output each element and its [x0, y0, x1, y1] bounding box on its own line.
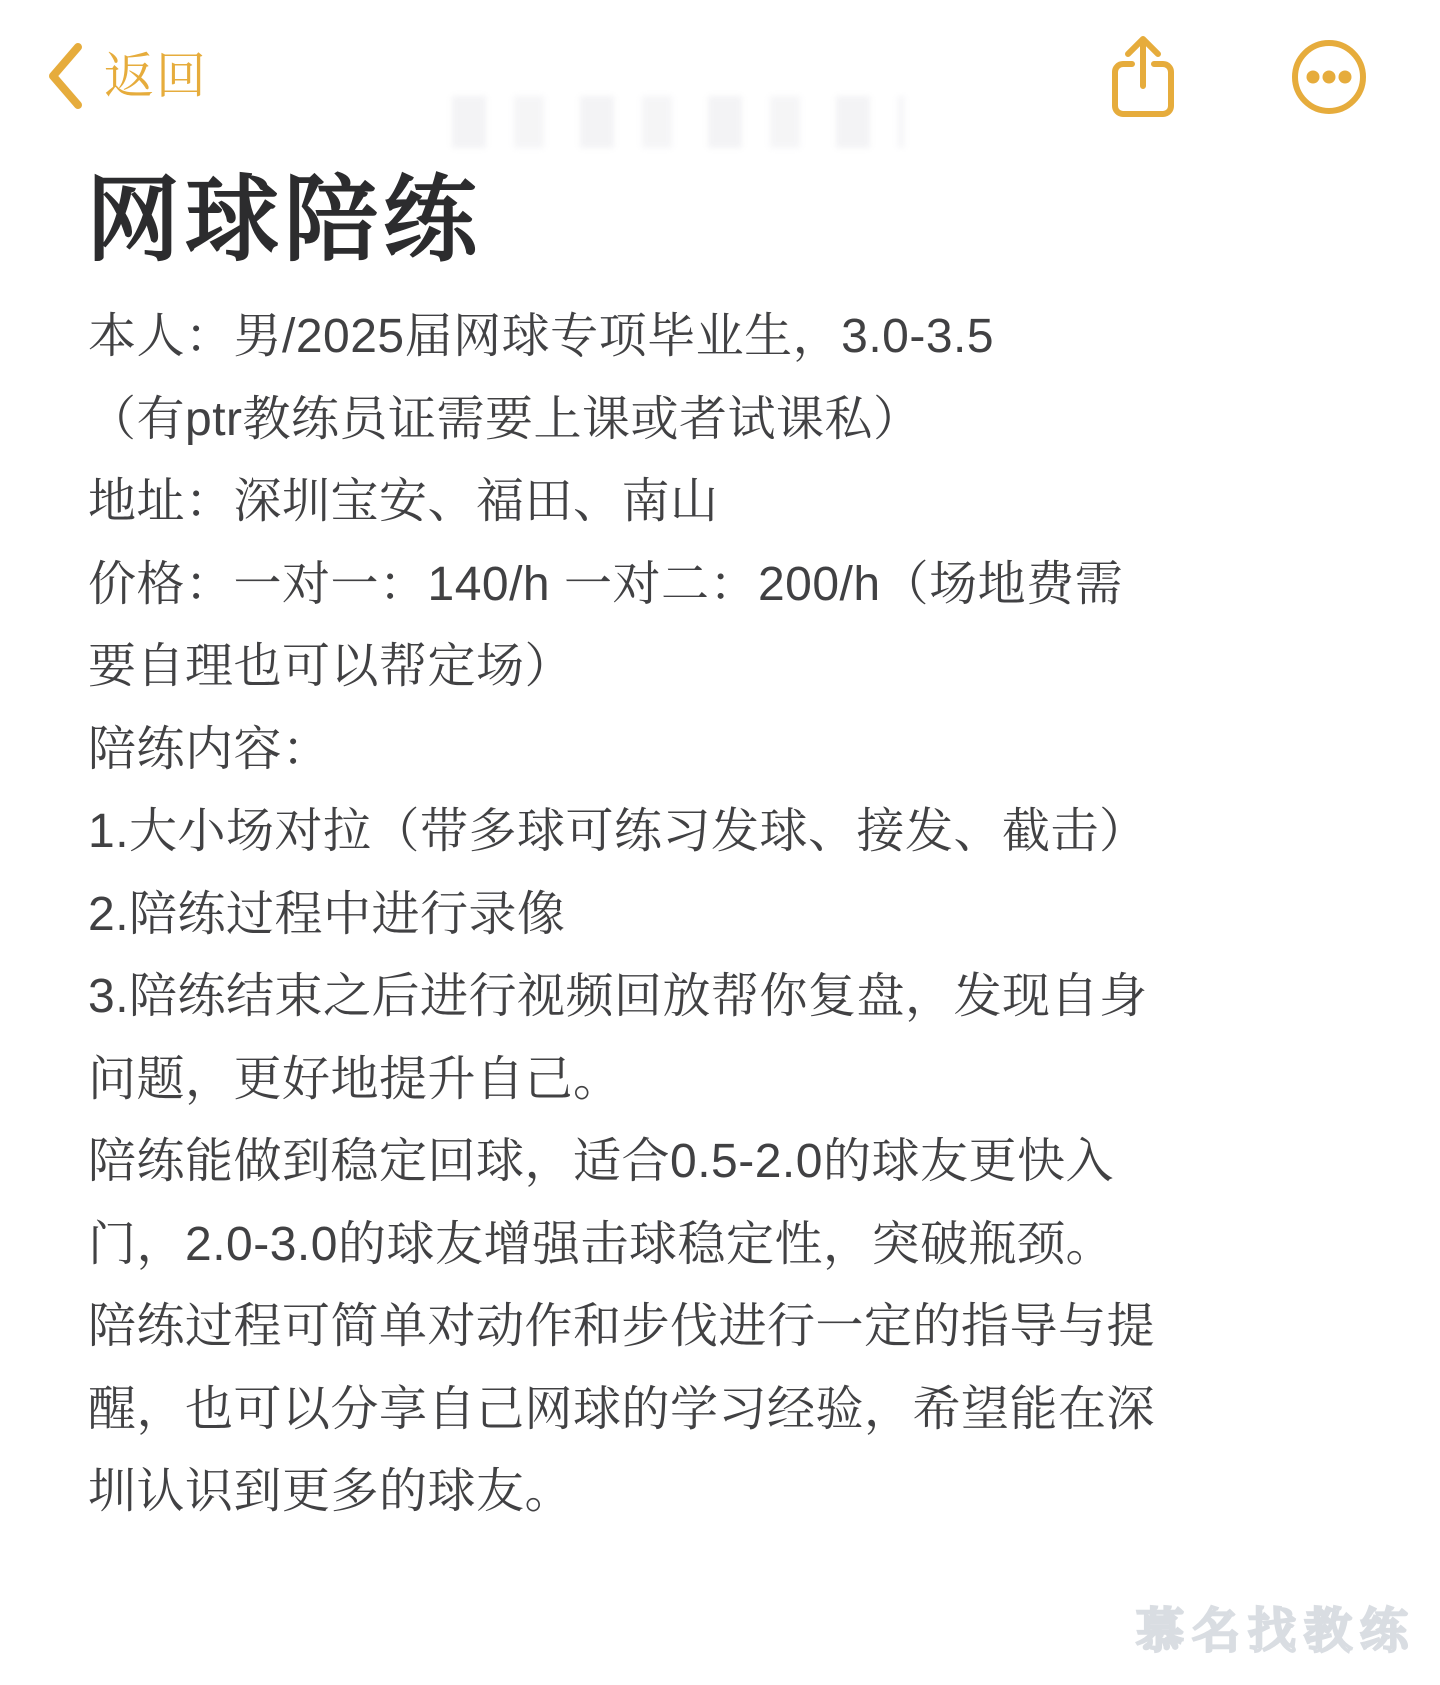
ellipsis-circle-icon — [1290, 104, 1368, 119]
chevron-left-icon — [46, 42, 84, 110]
navigation-bar: 返回 — [0, 0, 1440, 140]
back-button[interactable]: 返回 — [46, 38, 208, 114]
share-icon — [1108, 108, 1178, 123]
watermark-text: 慕名找教练 — [1136, 1592, 1416, 1661]
faded-text-artifact — [452, 96, 904, 148]
notes-app-screen: 返回 网球陪练 本人：男/2025届网球专项毕业生，3 — [0, 0, 1440, 1685]
note-body-text[interactable]: 本人：男/2025届网球专项毕业生，3.0-3.5 （有ptr教练员证需要上课或… — [88, 296, 1363, 1534]
back-button-label: 返回 — [104, 51, 208, 101]
more-options-button[interactable] — [1290, 38, 1368, 119]
share-button[interactable] — [1108, 34, 1178, 123]
note-title[interactable]: 网球陪练 — [86, 168, 482, 271]
